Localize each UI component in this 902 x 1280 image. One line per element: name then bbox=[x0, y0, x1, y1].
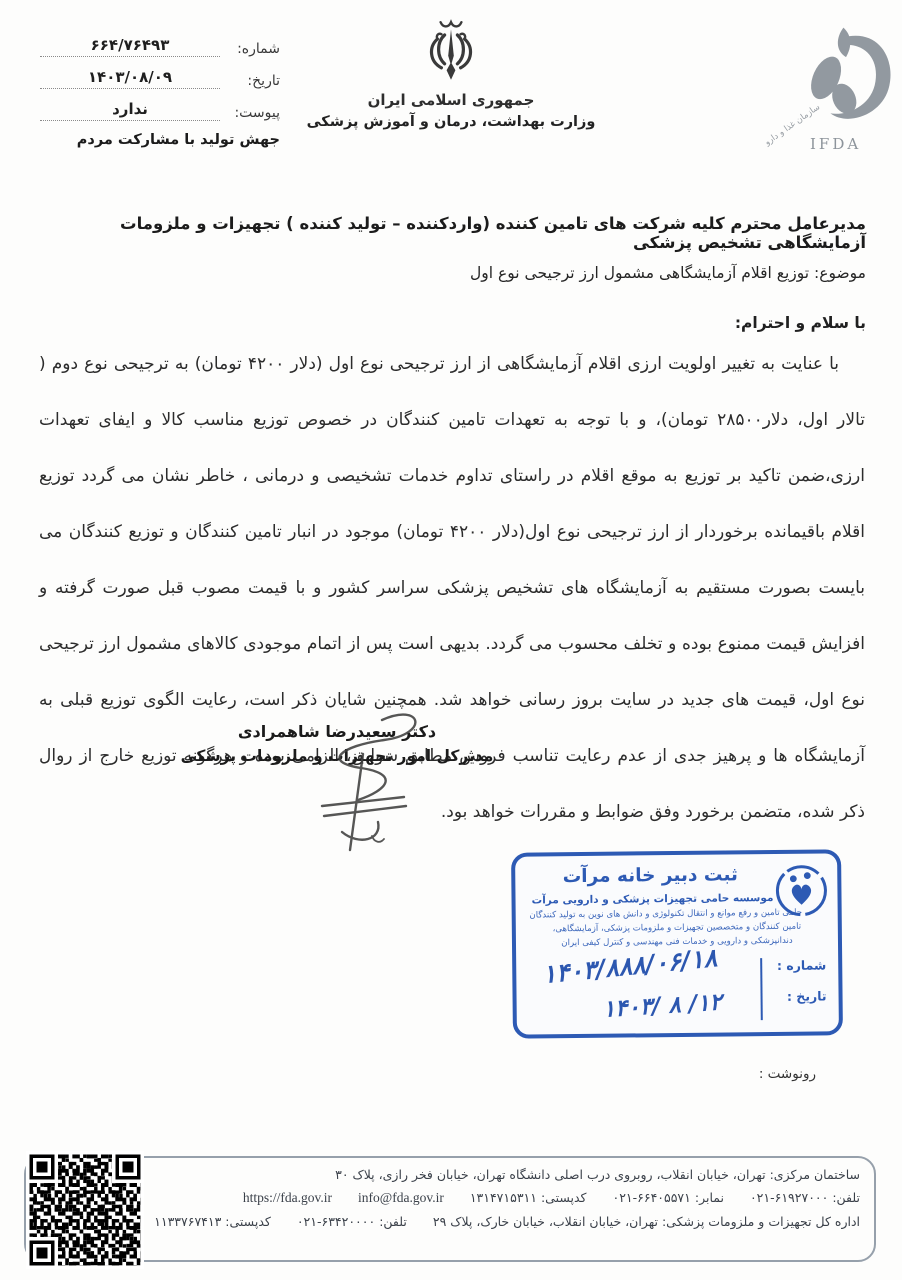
cc-label: رونوشت : bbox=[759, 1066, 816, 1082]
footer-address-department: اداره کل تجهیزات و ملزومات پزشکی: تهران،… bbox=[433, 1214, 860, 1229]
registration-stamp: ثبت دبیر خانه مرآت موسسه حامی تجهیزات پز… bbox=[511, 849, 843, 1038]
letter-attachment-label: پیوست: bbox=[220, 105, 280, 121]
footer-postal2-label: کدپستی: bbox=[225, 1214, 271, 1229]
footer-fax: نمابر: ۰۲۱-۶۶۴۰۵۵۷۱ bbox=[613, 1190, 724, 1206]
stamp-number-label: شماره : bbox=[770, 957, 826, 973]
footer-contact-line: تلفن: ۰۲۱-۶۱۹۲۷۰۰۰ نمابر: ۰۲۱-۶۶۴۰۵۵۷۱ ک… bbox=[164, 1190, 860, 1206]
footer-postal-label: کدپستی: bbox=[541, 1190, 587, 1205]
stamp-date-label: تاریخ : bbox=[770, 988, 826, 1004]
stamp-fields: شماره : تاریخ : bbox=[760, 957, 827, 1020]
iran-emblem-icon bbox=[411, 12, 491, 90]
qr-code-icon bbox=[26, 1151, 144, 1269]
footer-phone-value: ۰۲۱-۶۱۹۲۷۰۰۰ bbox=[750, 1190, 828, 1205]
footer-email: info@fda.gov.ir bbox=[358, 1190, 444, 1206]
footer-address-central: ساختمان مرکزی: تهران، خیابان انقلاب، روب… bbox=[164, 1167, 860, 1182]
letter-number-label: شماره: bbox=[220, 41, 280, 57]
stamp-handwritten-number: ۱۴۰۳/۸۸۸/۰۶/۱۸ bbox=[541, 943, 718, 989]
letter-date-label: تاریخ: bbox=[220, 73, 280, 89]
letter-attachment-value: ندارد bbox=[40, 100, 220, 121]
stamp-handwritten-date: ۱۴۰۳/ ۸ /۱۲ bbox=[602, 989, 723, 1022]
signature-block: دکتر سعیدرضا شاهمرادی مدیرکل امور تجهیزا… bbox=[172, 722, 502, 765]
footer-fax-value: ۰۲۱-۶۶۴۰۵۵۷۱ bbox=[613, 1190, 691, 1205]
scanned-letter-page: شماره: ۶۶۴/۷۶۴۹۳ تاریخ: ۱۴۰۳/۰۸/۰۹ پیوست… bbox=[0, 0, 902, 1280]
footer-postal2: کدپستی: ۱۱۳۳۷۶۷۴۱۳ bbox=[154, 1214, 271, 1229]
footer-phone2-label: تلفن: bbox=[379, 1214, 407, 1229]
stamp-desc-line2: تامین کنندگان و متخصصین تجهیزات و ملزوما… bbox=[516, 921, 838, 934]
ifda-latin-label: IFDA bbox=[810, 135, 861, 153]
footer-postal-value: ۱۳۱۴۷۱۵۳۱۱ bbox=[470, 1190, 537, 1205]
footer-lines: ساختمان مرکزی: تهران، خیابان انقلاب، روب… bbox=[164, 1167, 860, 1237]
letter-number-text: ۶۶۴/۷۶۴۹۳ bbox=[91, 36, 170, 54]
letter-date-value: ۱۴۰۳/۰۸/۰۹ bbox=[40, 68, 220, 89]
signature-scribble-icon bbox=[264, 700, 444, 860]
footer-postal2-value: ۱۱۳۳۷۶۷۴۱۳ bbox=[154, 1214, 221, 1229]
footer-department-line: اداره کل تجهیزات و ملزومات پزشکی: تهران،… bbox=[164, 1214, 860, 1229]
footer-postal: کدپستی: ۱۳۱۴۷۱۵۳۱۱ bbox=[470, 1190, 587, 1206]
letter-attachment-row: پیوست: ندارد bbox=[40, 100, 280, 121]
footer-phone: تلفن: ۰۲۱-۶۱۹۲۷۰۰۰ bbox=[750, 1190, 860, 1206]
letter-number-value: ۶۶۴/۷۶۴۹۳ bbox=[40, 36, 220, 57]
addressee-line: مدیرعامل محترم کلیه شرکت های تامین کننده… bbox=[40, 214, 866, 252]
footer-box: ساختمان مرکزی: تهران، خیابان انقلاب، روب… bbox=[24, 1156, 876, 1262]
footer-fax-label: نمابر: bbox=[695, 1190, 724, 1205]
letterhead-slogan: جهش تولید با مشارکت مردم bbox=[40, 132, 280, 148]
letter-date-text: ۱۴۰۳/۰۸/۰۹ bbox=[88, 68, 172, 86]
stamp-logo-icon bbox=[773, 862, 830, 919]
footer-url: https://fda.gov.ir bbox=[243, 1190, 332, 1206]
footer-phone2: تلفن: ۰۲۱-۶۳۴۲۰۰۰۰ bbox=[297, 1214, 407, 1229]
letter-number-row: شماره: ۶۶۴/۷۶۴۹۳ bbox=[40, 36, 280, 57]
footer-phone-label: تلفن: bbox=[832, 1190, 860, 1205]
subject-line: موضوع: توزیع اقلام آزمایشگاهی مشمول ارز … bbox=[40, 264, 866, 282]
letterhead-meta: شماره: ۶۶۴/۷۶۴۹۳ تاریخ: ۱۴۰۳/۰۸/۰۹ پیوست… bbox=[40, 36, 280, 148]
letter-date-row: تاریخ: ۱۴۰۳/۰۸/۰۹ bbox=[40, 68, 280, 89]
salutation-line: با سلام و احترام: bbox=[40, 314, 866, 332]
footer-phone2-value: ۰۲۱-۶۳۴۲۰۰۰۰ bbox=[297, 1214, 375, 1229]
ifda-logo: IFDA سازمان غذا و دارو bbox=[766, 22, 898, 172]
